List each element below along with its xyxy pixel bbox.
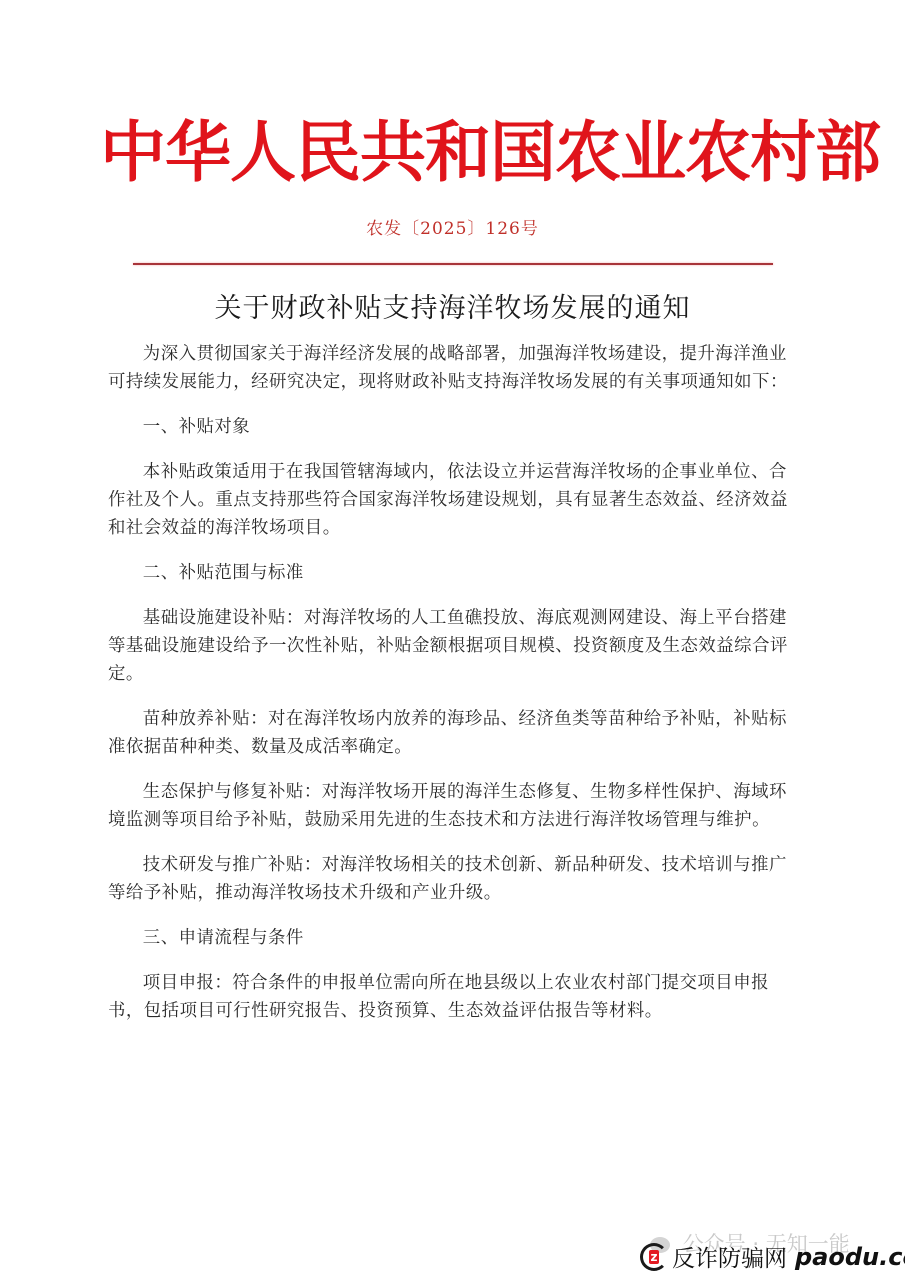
site-domain: paodu.cc — [795, 1243, 905, 1271]
intro-paragraph: 为深入贯彻国家关于海洋经济发展的战略部署，加强海洋牧场建设，提升海洋渔业可持续发… — [108, 340, 798, 396]
letterhead-issuer: 中华人民共和国农业农村部 — [100, 108, 800, 196]
paragraph-project-application: 项目申报：符合条件的申报单位需向所在地县级以上农业农村部门提交项目申报书，包括项… — [108, 969, 798, 1025]
section-heading-subsidy-scope: 二、补贴范围与标准 — [108, 559, 798, 587]
anti-fraud-logo-icon: z — [640, 1243, 668, 1271]
section-heading-subsidy-target: 一、补贴对象 — [108, 413, 798, 441]
paragraph-seedling-subsidy: 苗种放养补贴：对在海洋牧场内放养的海珍品、经济鱼类等苗种给予补贴，补贴标准依据苗… — [108, 705, 798, 761]
site-name: 反诈防骗网 — [672, 1240, 787, 1273]
red-divider-line — [133, 263, 773, 265]
logo-letter: z — [649, 1250, 660, 1264]
site-badge: z 反诈防骗网 paodu.cc — [640, 1240, 905, 1273]
paragraph-ecology-subsidy: 生态保护与修复补贴：对海洋牧场开展的海洋生态修复、生物多样性保护、海域环境监测等… — [108, 778, 798, 834]
document-number: 农发〔2025〕126号 — [0, 214, 905, 239]
document-body: 为深入贯彻国家关于海洋经济发展的战略部署，加强海洋牧场建设，提升海洋渔业可持续发… — [108, 340, 798, 1042]
document-title: 关于财政补贴支持海洋牧场发展的通知 — [0, 286, 905, 325]
section-heading-application-process: 三、申请流程与条件 — [108, 924, 798, 952]
paragraph-subsidy-target: 本补贴政策适用于在我国管辖海域内，依法设立并运营海洋牧场的企事业单位、合作社及个… — [108, 458, 798, 542]
paragraph-infrastructure-subsidy: 基础设施建设补贴：对海洋牧场的人工鱼礁投放、海底观测网建设、海上平台搭建等基础设… — [108, 604, 798, 688]
paragraph-technology-subsidy: 技术研发与推广补贴：对海洋牧场相关的技术创新、新品种研发、技术培训与推广等给予补… — [108, 851, 798, 907]
